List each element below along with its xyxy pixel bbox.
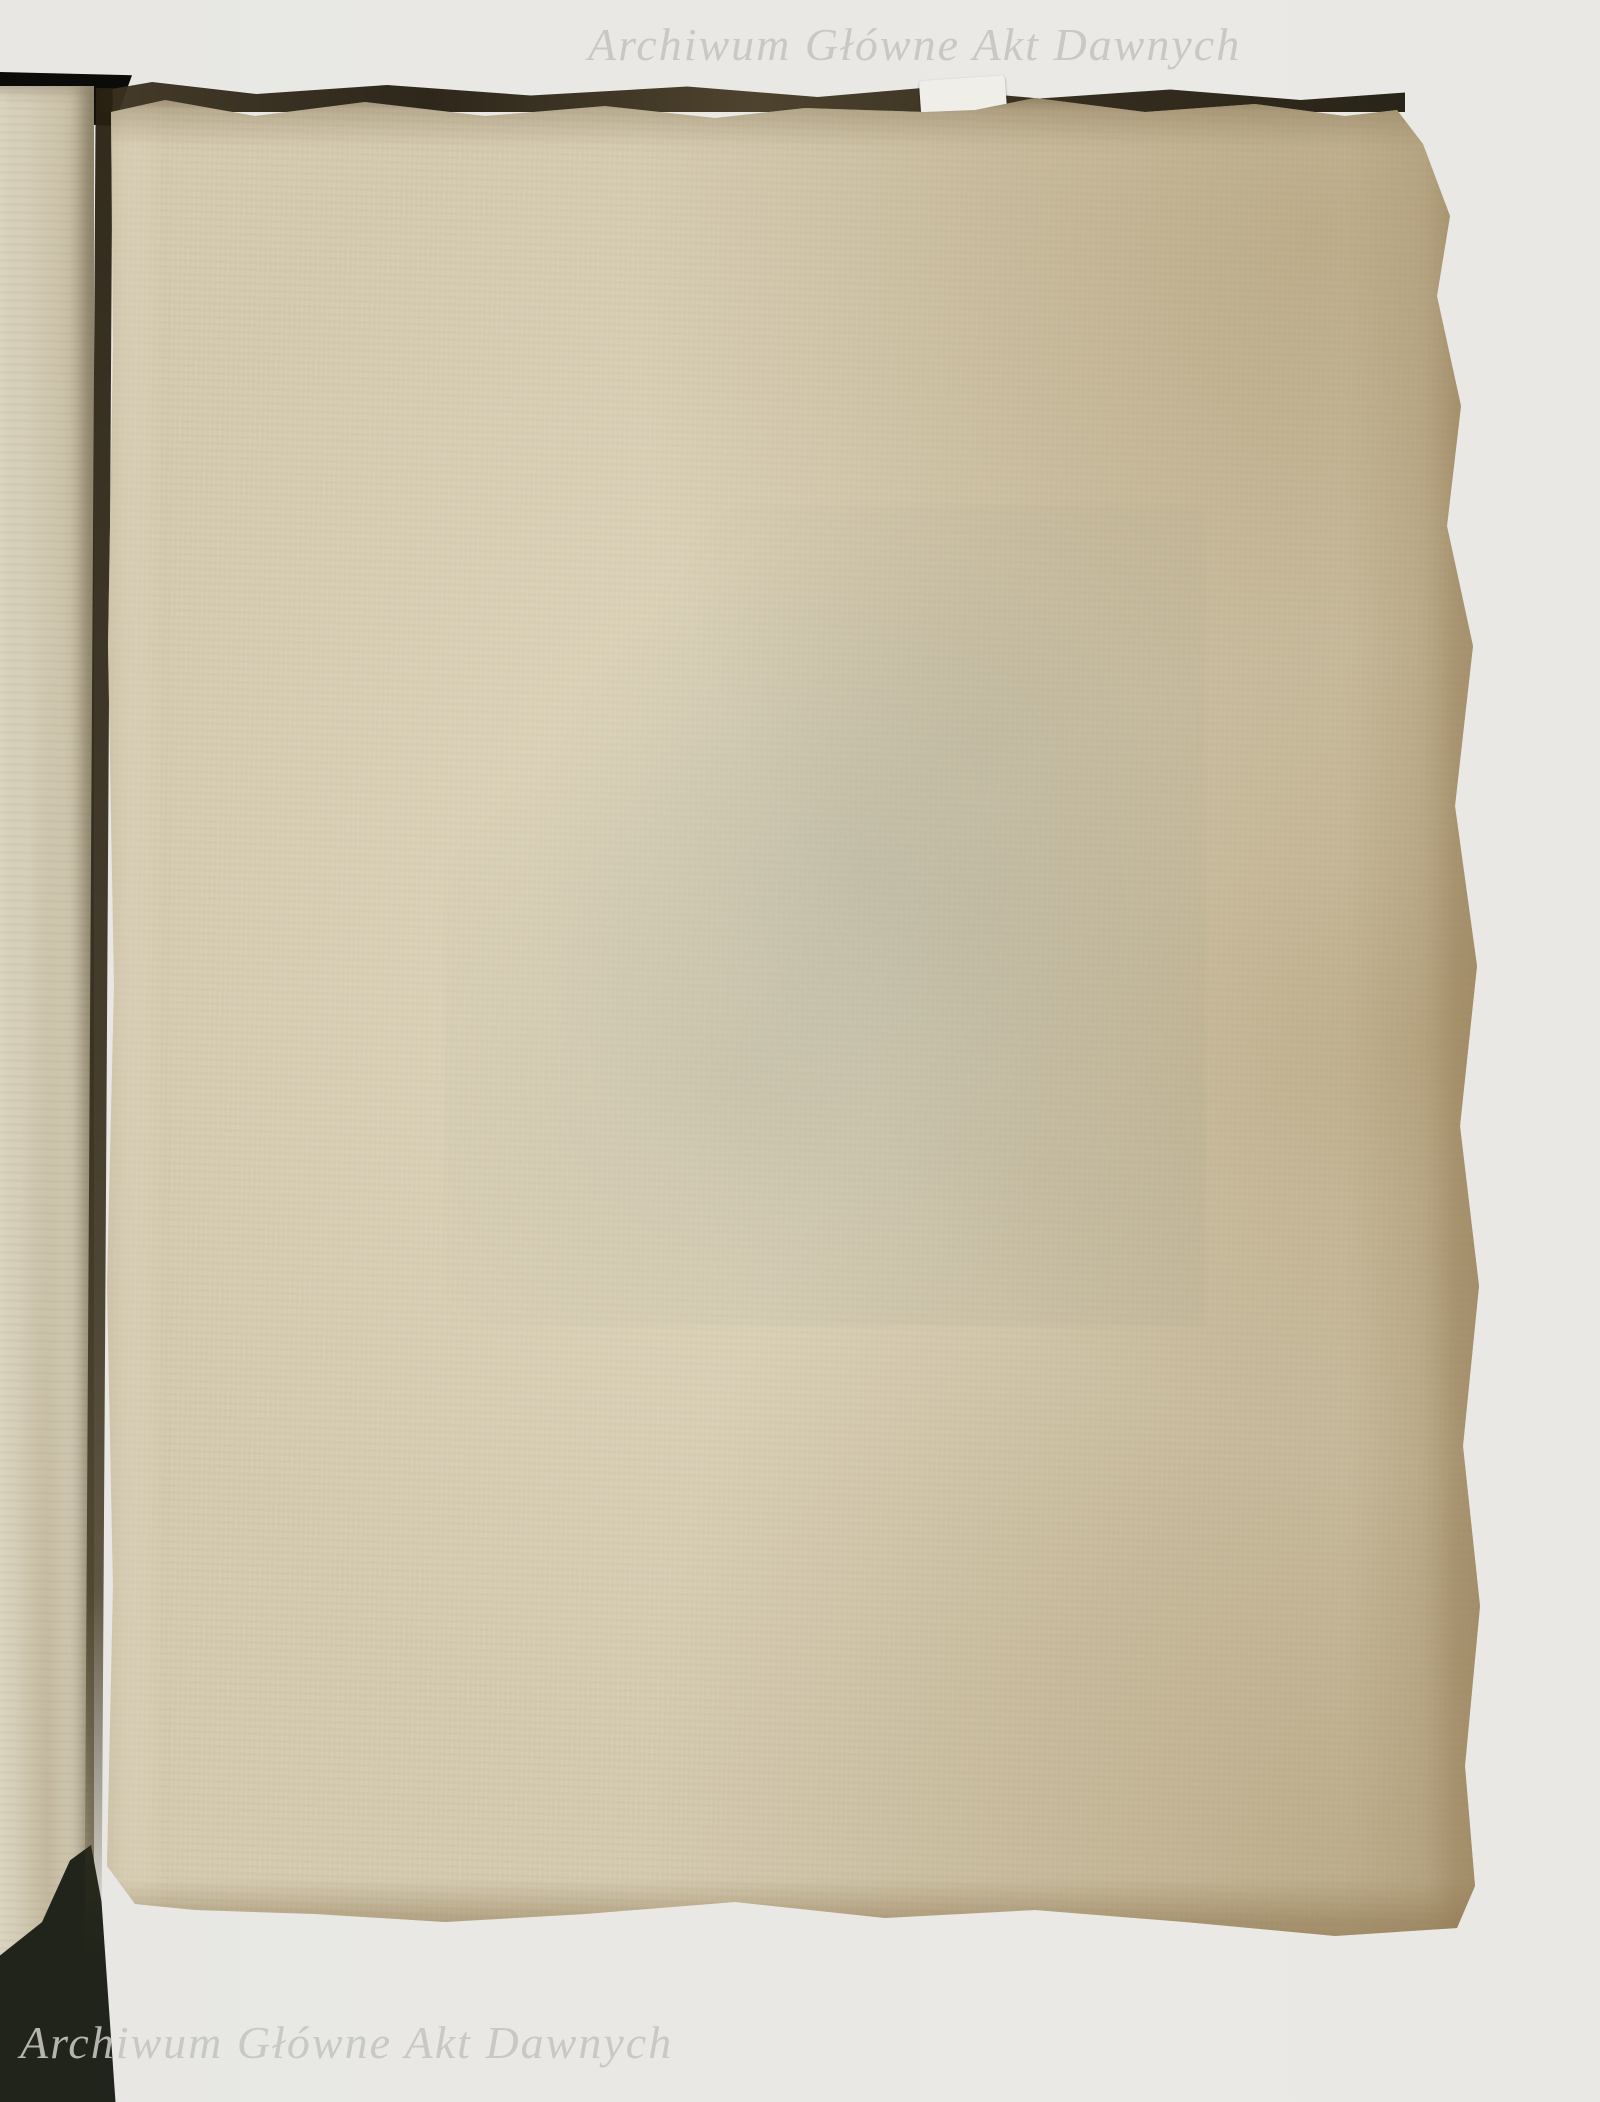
archive-watermark-bottom: Archiwum Główne Akt Dawnych bbox=[20, 2016, 673, 2069]
archive-watermark-top: Archiwum Główne Akt Dawnych bbox=[588, 18, 1241, 71]
ink-showthrough-ghost bbox=[445, 506, 1205, 1326]
facing-page-edge bbox=[0, 86, 94, 1966]
archival-manuscript-scan: C varscho: 672 onstitutus personaliter. … bbox=[0, 0, 1600, 2102]
manuscript-page bbox=[105, 86, 1485, 1940]
